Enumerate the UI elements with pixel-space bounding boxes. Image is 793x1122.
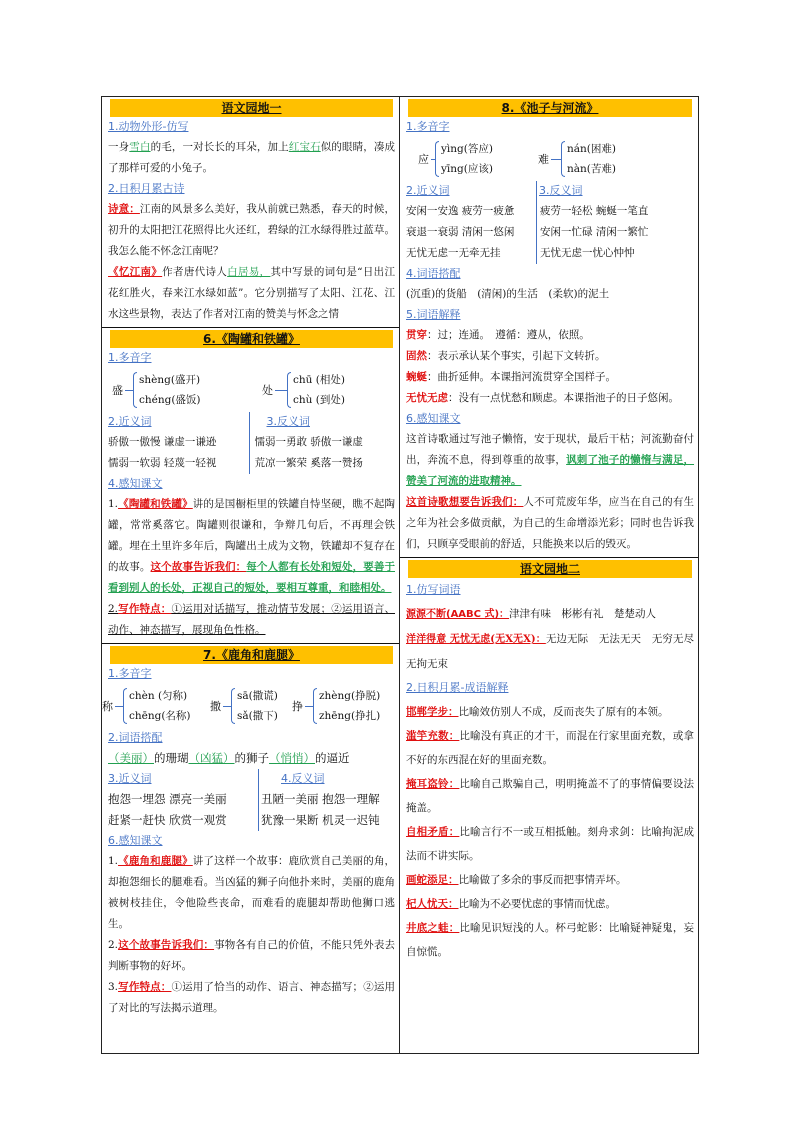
paragraph: 诗意：江南的风景多么美好，我从前就已熟悉，春天的时候，初升的太阳把江花照得比火还… — [108, 199, 395, 262]
paragraph: 源源不断(AABC 式)：津津有味 彬彬有礼 楚楚动人 — [406, 602, 694, 627]
idiom-definition: 掩耳盗铃：比喻自己欺骗自己，明明掩盖不了的事情偏要设法掩盖。 — [406, 772, 694, 820]
definition: 无忧无虑：没有一点忧愁和顾虑。本课指池子的日子悠闲。 — [406, 388, 694, 409]
brace-icon — [133, 372, 137, 408]
idiom-definition: 邯郸学步：比喻效仿别人不成，反而丧失了原有的本领。 — [406, 700, 694, 724]
subheading: 6.感知课文 — [406, 409, 694, 429]
definition: 贯穿：过；连通。 遵循：遵从，依照。 — [406, 325, 694, 346]
section-lesson-8: 8.《池子与河流》 1.多音字 应yìng(答应)yīng(应该) 难nán(困… — [400, 99, 698, 557]
subheading: 1.多音字 — [108, 664, 395, 684]
paragraph: 3.写作特点：①运用了恰当的动作、语言、神态描写；②运用了对比的写法揭示道理。 — [108, 977, 395, 1019]
right-column: 8.《池子与河流》 1.多音字 应yìng(答应)yīng(应该) 难nán(困… — [400, 97, 698, 1053]
subheading: 2.日积月累古诗 — [108, 179, 395, 199]
paragraph: 1.《陶罐和铁罐》讲的是国橱柜里的铁罐自恃坚硬，瞧不起陶罐，常常奚落它。陶罐则很… — [108, 494, 395, 599]
paragraph: （美丽）的珊瑚（凶猛）的狮子（悄悄）的逼近 — [108, 748, 395, 769]
subheading: 1.动物外形-仿写 — [108, 117, 395, 137]
paragraph: 1.《鹿角和鹿腿》讲了这样一个故事：鹿欣赏自己美丽的角，却抱怨细长的腿难看。当凶… — [108, 851, 395, 935]
section-title: 7.《鹿角和鹿腿》 — [183, 648, 320, 662]
paragraph: 2.写作特点：①运用对话描写，推动情节发展；②运用语言、动作、神态描写，展现角色… — [108, 599, 395, 643]
idiom-definition: 画蛇添足：比喻做了多余的事反而把事情弄坏。 — [406, 868, 694, 892]
section-garden-2: 语文园地二 1.仿写词语 源源不断(AABC 式)：津津有味 彬彬有礼 楚楚动人… — [400, 557, 698, 964]
section-title: 6.《陶罐和铁罐》 — [183, 332, 320, 346]
section-lesson-7: 7.《鹿角和鹿腿》 1.多音字 称chèn (匀称)chēng(名称) 撒sā(… — [102, 643, 399, 1019]
synonym-antonym-block: 2.近义词安闲一安逸 疲劳一疲惫衰退一衰弱 清闲一悠闲无忧无虑一无牵无挂 3.反… — [406, 181, 694, 264]
section-banner: 6.《陶罐和铁罐》 — [110, 330, 393, 348]
idiom-definition: 自相矛盾：比喻言行不一或互相抵触。刻舟求剑：比喻拘泥成法而不讲实际。 — [406, 820, 694, 868]
paragraph: 这首诗歌想要告诉我们：人不可荒废年华，应当在自己的有生之年为社会多做贡献，为自己… — [406, 492, 694, 557]
subheading: 1.仿写词语 — [406, 578, 694, 602]
paragraph: 洋洋得意 无忧无虑(无X无X)：无边无际 无法无天 无穷无尽 无拘无束 — [406, 627, 694, 676]
section-garden-1: 语文园地一 1.动物外形-仿写 一身雪白的毛，一对长长的耳朵，加上红宝石似的眼睛… — [102, 99, 399, 327]
paragraph: 2.这个故事告诉我们：事物各有自己的价值，不能只凭外表去判断事物的好坏。 — [108, 935, 395, 977]
paragraph: 这首诗歌通过写池子懒惰，安于现状，最后干枯；河流勤奋付出，奔流不息，得到尊重的故… — [406, 429, 694, 492]
left-column: 语文园地一 1.动物外形-仿写 一身雪白的毛，一对长长的耳朵，加上红宝石似的眼睛… — [102, 97, 400, 1053]
section-banner: 8.《池子与河流》 — [408, 99, 692, 117]
paragraph: (沉重)的货船 (清闲)的生活 (柔软)的泥土 — [406, 284, 694, 305]
section-lesson-6: 6.《陶罐和铁罐》 1.多音字 盛shèng(盛开)chéng(盛饭) 处chū… — [102, 327, 399, 643]
section-title: 语文园地二 — [500, 562, 600, 576]
paragraph: 一身雪白的毛，一对长长的耳朵，加上红宝石似的眼睛，凑成了那样可爱的小兔子。 — [108, 137, 395, 179]
polyphonic-chars: 称chèn (匀称)chēng(名称) 撒sā(撒谎)sǎ(撒下) 挣zhèng… — [102, 684, 395, 728]
study-notes-table: 语文园地一 1.动物外形-仿写 一身雪白的毛，一对长长的耳朵，加上红宝石似的眼睛… — [101, 96, 699, 1054]
subheading: 2.日积月累-成语解释 — [406, 676, 694, 700]
paragraph: 《忆江南》作者唐代诗人白居易，其中写景的词句是“日出江花红胜火，春来江水绿如蓝”… — [108, 262, 395, 327]
section-banner: 语文园地二 — [408, 560, 692, 578]
definition: 蜿蜒：曲折延伸。本课指河流贯穿全国样子。 — [406, 367, 694, 388]
idiom-definition: 滥竽充数：比喻没有真正的才干，而混在行家里面充数，或拿不好的东西混在好的里面充数… — [406, 724, 694, 772]
subheading: 4.词语搭配 — [406, 264, 694, 284]
subheading: 1.多音字 — [108, 348, 395, 368]
section-title: 8.《池子与河流》 — [482, 101, 619, 115]
subheading: 6.感知课文 — [108, 831, 395, 851]
definition: 固然：表示承认某个事实，引起下文转折。 — [406, 346, 694, 367]
subheading: 2.词语搭配 — [108, 728, 395, 748]
section-banner: 语文园地一 — [110, 99, 393, 117]
idiom-definition: 杞人忧天：比喻为不必要忧虑的事情而忧虑。 — [406, 892, 694, 916]
polyphonic-chars: 应yìng(答应)yīng(应该) 难nán(困难)nàn(苦难) — [406, 137, 694, 181]
subheading: 1.多音字 — [406, 117, 694, 137]
section-banner: 7.《鹿角和鹿腿》 — [110, 646, 393, 664]
synonym-antonym-block: 3.近义词抱怨一埋怨 漂亮一美丽赶紧一赶快 欣赏一观赏 4.反义词丑陋一美丽 抱… — [108, 769, 395, 831]
brace-icon — [287, 372, 291, 408]
section-title: 语文园地一 — [201, 101, 301, 115]
subheading: 5.词语解释 — [406, 305, 694, 325]
subheading: 4.感知课文 — [108, 474, 395, 494]
polyphonic-chars: 盛shèng(盛开)chéng(盛饭) 处chū (相处)chù (到处) — [108, 368, 395, 412]
idiom-definition: 井底之蛙：比喻见识短浅的人。杯弓蛇影：比喻疑神疑鬼，妄自惊慌。 — [406, 916, 694, 964]
synonym-antonym-block: 2.近义词骄傲一傲慢 谦虚一谦逊懦弱一软弱 轻蔑一轻视 3.反义词懦弱一勇敢 骄… — [108, 412, 395, 474]
